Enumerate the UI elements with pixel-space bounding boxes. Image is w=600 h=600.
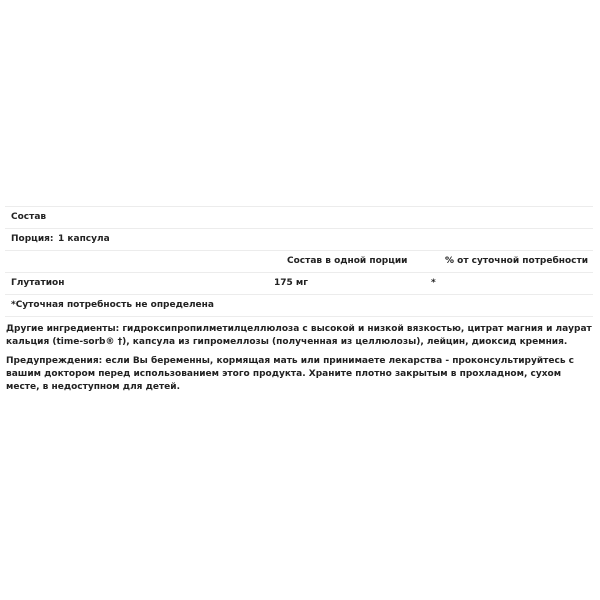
ingredient-amount: 175 мг bbox=[274, 273, 308, 294]
serving-value: 1 капсула bbox=[58, 229, 110, 250]
serving-label: Порция: bbox=[11, 229, 54, 250]
serving-size-row: Порция: 1 капсула bbox=[5, 229, 593, 251]
ingredient-daily-value: * bbox=[431, 273, 436, 294]
amount-column-header: Состав в одной порции bbox=[287, 251, 401, 272]
other-ingredients-text: Другие ингредиенты: гидроксипропилметилц… bbox=[6, 323, 594, 349]
footnote: *Суточная потребность не определена bbox=[11, 295, 214, 316]
column-header-row: Состав в одной порции % от суточной потр… bbox=[5, 251, 593, 273]
footnote-row: *Суточная потребность не определена bbox=[5, 295, 593, 317]
warnings-text: Предупреждения: если Вы беременны, кормя… bbox=[6, 355, 594, 394]
facts-title: Состав bbox=[11, 207, 46, 228]
table-row: Глутатион 175 мг * bbox=[5, 273, 593, 295]
supplement-facts-table: Состав Порция: 1 капсула Состав в одной … bbox=[5, 206, 593, 317]
daily-value-column-header: % от суточной потребности bbox=[445, 251, 588, 272]
facts-title-row: Состав bbox=[5, 207, 593, 229]
ingredient-name: Глутатион bbox=[11, 273, 64, 294]
